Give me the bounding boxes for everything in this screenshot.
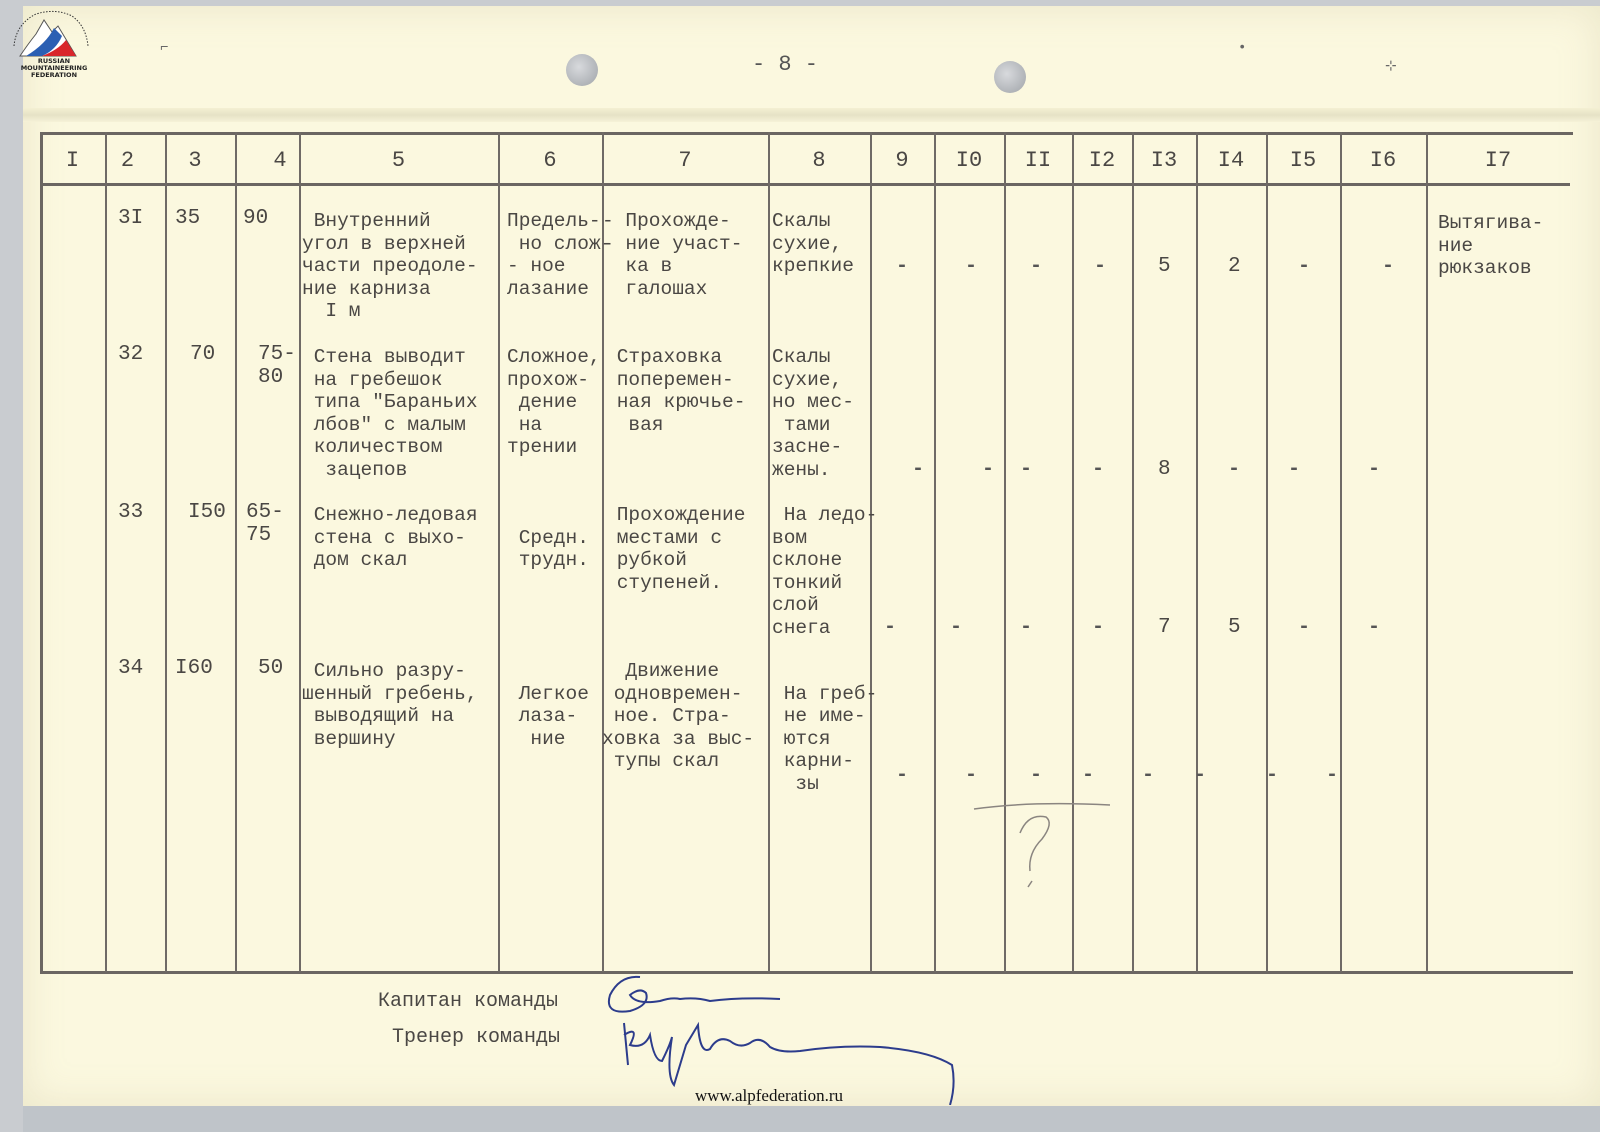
cell-c9: -: [884, 616, 896, 639]
cell-c10: -: [965, 764, 977, 787]
col-divider: [1132, 132, 1134, 972]
scan-edge: [23, 1106, 1600, 1132]
col-divider: [768, 132, 770, 972]
cell-c12: -: [1092, 616, 1104, 639]
header-col-10: I0: [934, 148, 1004, 173]
cell-c11: -: [1030, 255, 1042, 278]
cell-difficulty: Средн. трудн.: [507, 504, 589, 572]
header-col-14: I4: [1196, 148, 1266, 173]
cell-steepness: 90: [243, 208, 268, 231]
logo-line-3: FEDERATION: [14, 72, 94, 79]
col-divider: [165, 132, 167, 972]
cell-notes: Вытягива- ние рюкзаков: [1438, 212, 1543, 280]
cell-c15: -: [1266, 764, 1278, 787]
cell-conditions: На ледо- вом склоне тонкий слой снега: [772, 504, 877, 639]
cell-c15: -: [1288, 458, 1300, 481]
cell-c9: -: [912, 458, 924, 481]
cell-relief: Стена выводит на гребешок типа "Бараньих…: [302, 346, 478, 481]
cell-c14: 2: [1228, 256, 1241, 279]
header-col-7: 7: [602, 148, 768, 173]
cell-c14: 5: [1228, 617, 1241, 640]
cell-section-no: 33: [118, 502, 143, 525]
cell-c12: -: [1082, 764, 1094, 787]
cell-c11: -: [1030, 764, 1042, 787]
col-divider: [1426, 132, 1428, 972]
ink-mark: ⌐: [160, 40, 168, 56]
col-divider: [235, 132, 237, 972]
footer-url: www.alpfederation.ru: [695, 1086, 843, 1106]
cell-c14: -: [1194, 764, 1206, 787]
header-col-15: I5: [1266, 148, 1340, 173]
cell-steepness: 75- 80: [258, 344, 296, 389]
federation-logo: RUSSIAN MOUNTAINEERING FEDERATION: [6, 6, 96, 84]
cell-c11: -: [1020, 458, 1032, 481]
cell-c16: -: [1382, 255, 1394, 278]
header-col-17: I7: [1426, 148, 1570, 173]
cell-difficulty: Легкое лаза- ние: [507, 660, 589, 750]
header-col-9: 9: [870, 148, 934, 173]
cell-c13: -: [1142, 764, 1154, 787]
paper-fold: [23, 108, 1600, 122]
captain-label: Капитан команды: [378, 990, 558, 1013]
header-col-16: I6: [1340, 148, 1426, 173]
page-number: - 8 -: [752, 52, 818, 77]
cell-difficulty: Предель- но слож- - ное лазание: [507, 210, 612, 300]
col-divider: [1196, 132, 1198, 972]
cell-method: Страховка поперемен- ная крючье- вая: [605, 346, 745, 436]
col-divider: [934, 132, 936, 972]
ink-mark: •: [1238, 40, 1246, 56]
cell-c13: 8: [1158, 459, 1171, 482]
cell-c15: -: [1298, 255, 1310, 278]
cell-difficulty: Сложное, прохож- дение на трении: [507, 346, 601, 459]
cell-c9: -: [896, 764, 908, 787]
header-col-8: 8: [768, 148, 870, 173]
col-divider: [1340, 132, 1342, 972]
header-col-11: II: [1004, 148, 1072, 173]
cell-section-no: 34: [118, 658, 143, 681]
punch-hole-left: [566, 54, 598, 86]
cell-section-no: 32: [118, 344, 143, 367]
cell-relief: Сильно разру- шенный гребень, выводящий …: [302, 660, 478, 750]
cell-c13: 7: [1158, 617, 1171, 640]
col-divider: [299, 132, 301, 972]
header-col-13: I3: [1132, 148, 1196, 173]
cell-c16: -: [1368, 458, 1380, 481]
cell-section-no: 3I: [118, 208, 143, 231]
ink-mark: ⊹: [1385, 58, 1397, 75]
cell-c10: -: [965, 255, 977, 278]
cell-c13: 5: [1158, 256, 1171, 279]
cell-relief: Внутренний угол в верхней части преодоле…: [302, 210, 478, 323]
cell-length: I50: [188, 502, 226, 525]
cell-c10: -: [950, 616, 962, 639]
cell-c9: -: [896, 255, 908, 278]
cell-c12: -: [1094, 255, 1106, 278]
cell-c10: -: [982, 458, 994, 481]
cell-c12: -: [1092, 458, 1104, 481]
cell-c11: -: [1020, 616, 1032, 639]
cell-conditions: Скалы сухие, крепкие: [772, 210, 854, 278]
logo-text: RUSSIAN MOUNTAINEERING FEDERATION: [14, 58, 94, 79]
col-divider: [105, 132, 107, 972]
cell-c16: -: [1326, 764, 1338, 787]
cell-length: 70: [190, 344, 215, 367]
cell-method: Прохождение местами с рубкой ступеней.: [605, 504, 745, 594]
cell-steepness: 50: [258, 658, 283, 681]
pencil-question-annotation: [970, 795, 1120, 890]
header-col-12: I2: [1072, 148, 1132, 173]
header-col-1: I: [40, 148, 105, 173]
cell-length: 35: [175, 208, 200, 231]
cell-method: Движение одновремен- ное. Стра- ховка за…: [602, 660, 754, 773]
cell-length: I60: [175, 658, 213, 681]
header-col-6: 6: [498, 148, 602, 173]
cell-c14: -: [1228, 458, 1240, 481]
punch-hole-right: [994, 61, 1026, 93]
header-col-5: 5: [299, 148, 498, 173]
cell-steepness: 65- 75: [246, 502, 284, 547]
cell-relief: Снежно-ледовая стена с выхо- дом скал: [302, 504, 478, 572]
cell-c15: -: [1298, 616, 1310, 639]
header-col-2: 2: [105, 148, 150, 173]
col-divider: [1266, 132, 1268, 972]
cell-conditions: На греб- не име- ются карни- зы: [772, 660, 877, 795]
coach-label: Тренер команды: [392, 1026, 560, 1049]
cell-conditions: Скалы сухие, но мес- тами засне- жены.: [772, 346, 854, 481]
header-col-3: 3: [165, 148, 225, 173]
col-divider: [498, 132, 500, 972]
signature-scribble: [600, 965, 970, 1105]
cell-method: - Прохожде- - ние участ- ка в галошах: [602, 210, 742, 300]
cell-c16: -: [1368, 616, 1380, 639]
